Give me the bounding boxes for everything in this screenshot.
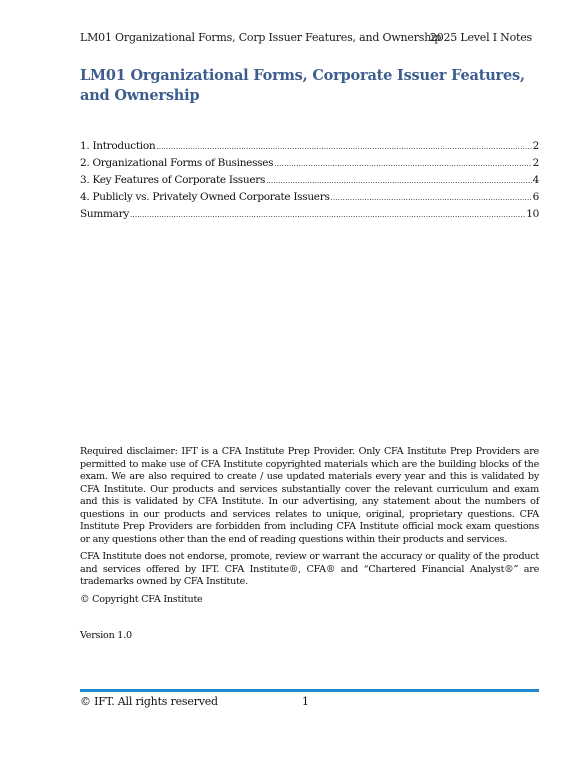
disclaimer-block: Required disclaimer: IFT is a CFA Instit… [80,446,539,594]
toc-dot-leader [274,156,531,173]
toc-entry-label: 4. Publicly vs. Privately Owned Corporat… [80,189,330,206]
toc-entry-key-features[interactable]: 3. Key Features of Corporate Issuers 4 [80,172,539,189]
toc-entry-label: 2. Organizational Forms of Businesses [80,155,273,172]
header-reading-title: LM01 Organizational Forms, Corp Issuer F… [80,31,441,45]
footer-page-number: 1 [302,695,309,709]
toc-dot-leader [331,190,532,207]
footer-divider [80,689,539,692]
cfa-copyright-notice: © Copyright CFA Institute [80,594,202,607]
toc-entry-public-vs-private[interactable]: 4. Publicly vs. Privately Owned Corporat… [80,189,539,206]
toc-dot-leader [266,173,532,190]
toc-entry-page: 6 [533,189,539,206]
toc-dot-leader [130,207,525,224]
page-title: LM01 Organizational Forms, Corporate Iss… [80,66,540,106]
document-page: LM01 Organizational Forms, Corp Issuer F… [0,0,583,759]
version-label: Version 1.0 [80,630,132,643]
toc-entry-organizational-forms[interactable]: 2. Organizational Forms of Businesses 2 [80,155,539,172]
toc-dot-leader [156,139,531,156]
toc-entry-summary[interactable]: Summary 10 [80,206,539,223]
disclaimer-paragraph-trademarks: CFA Institute does not endorse, promote,… [80,551,539,589]
toc-entry-page: 10 [526,206,539,223]
table-of-contents: 1. Introduction 2 2. Organizational Form… [80,138,539,223]
toc-entry-label: 3. Key Features of Corporate Issuers [80,172,265,189]
header-level-notes: 2025 Level I Notes [430,31,532,45]
toc-entry-page: 2 [533,138,539,155]
toc-entry-page: 4 [533,172,539,189]
toc-entry-introduction[interactable]: 1. Introduction 2 [80,138,539,155]
toc-entry-label: Summary [80,206,129,223]
footer-copyright: © IFT. All rights reserved [80,695,218,709]
toc-entry-label: 1. Introduction [80,138,155,155]
toc-entry-page: 2 [533,155,539,172]
disclaimer-paragraph-prep-provider: Required disclaimer: IFT is a CFA Instit… [80,446,539,546]
